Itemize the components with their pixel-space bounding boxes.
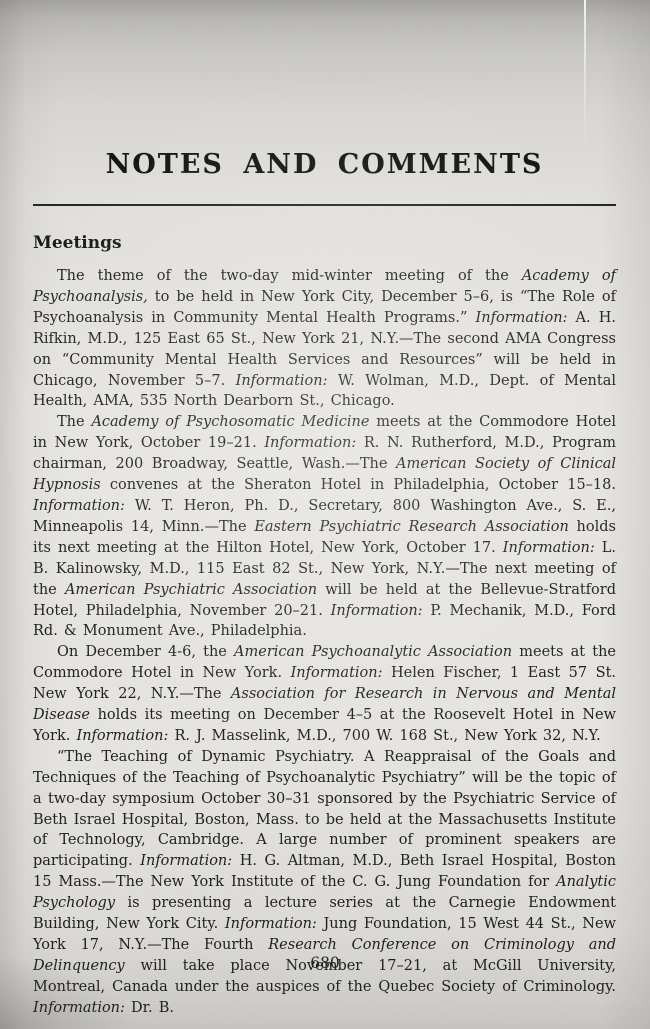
title-rule <box>33 204 616 206</box>
page-number: 680 <box>0 954 650 972</box>
scanned-journal-page: NOTES AND COMMENTS Meetings The theme of… <box>0 0 650 1029</box>
section-heading-meetings: Meetings <box>33 233 616 253</box>
page-title: NOTES AND COMMENTS <box>33 149 616 180</box>
paragraph-psychosomatic-medicine: The Academy of Psychosomatic Medicine me… <box>33 412 616 642</box>
page-content: NOTES AND COMMENTS Meetings The theme of… <box>33 0 616 1019</box>
paragraph-dynamic-psychiatry-symposium: “The Teaching of Dynamic Psychiatry. A R… <box>33 747 616 1019</box>
paragraph-academy-of-psychoanalysis: The theme of the two-day mid-winter meet… <box>33 266 616 412</box>
scratch-artifact <box>584 0 586 150</box>
paragraph-psychoanalytic-association: On December 4-6, the American Psychoanal… <box>33 642 616 747</box>
